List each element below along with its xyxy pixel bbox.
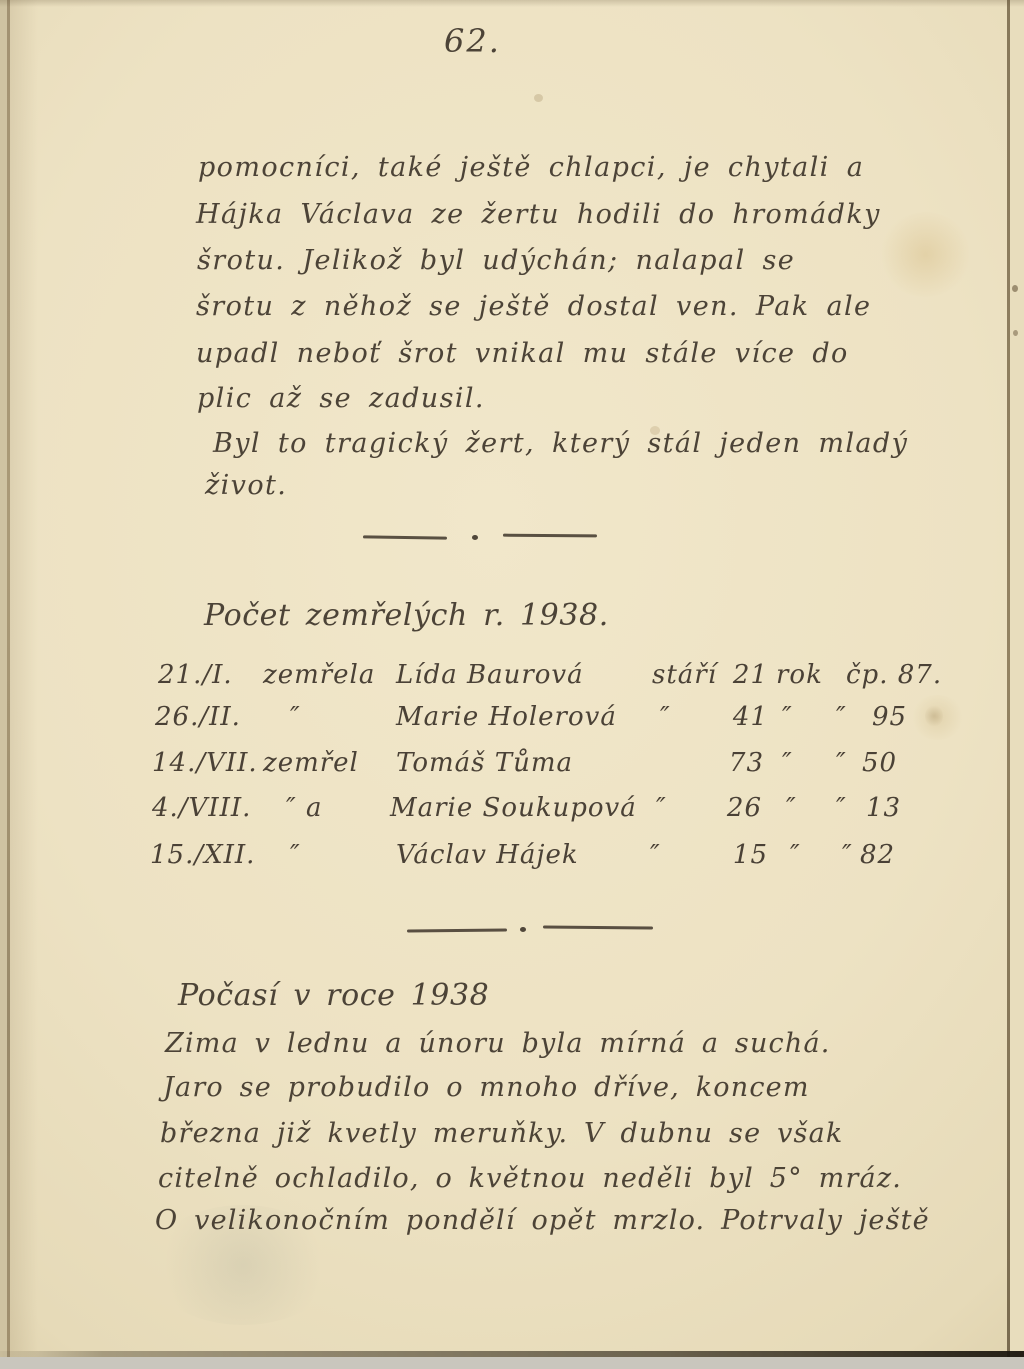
death-date: 21./I.: [158, 660, 233, 690]
paper-speck: [534, 94, 543, 102]
death-age: 15: [716, 840, 768, 870]
death-age-unit: ″: [782, 748, 793, 778]
death-name: Marie Soukupová: [390, 793, 637, 823]
death-ditto: ″: [836, 702, 847, 732]
death-age-unit: ″: [786, 793, 797, 823]
manuscript-line: Hájka Václava ze žertu hodili do hromádk…: [196, 199, 881, 230]
page-number: 62.: [444, 22, 501, 60]
divider-dash: [407, 928, 507, 932]
death-name: Václav Hájek: [396, 840, 579, 870]
paper-speck: [1012, 285, 1018, 292]
death-verb: ″ a: [286, 793, 322, 823]
death-age: 73: [712, 748, 764, 778]
death-age-label: ″: [656, 793, 667, 823]
death-verb: zemřela: [263, 660, 375, 690]
manuscript-line: šrotu. Jelikož byl udýchán; nalapal se: [197, 245, 795, 276]
death-house-number: 82: [860, 840, 895, 870]
death-date: 26./II.: [155, 702, 241, 732]
death-date: 4./VIII.: [152, 793, 251, 823]
page-bottom-edge: [0, 1357, 1024, 1369]
death-house-number: 13: [866, 793, 901, 823]
divider-dot: [520, 927, 526, 932]
death-age: 26: [710, 793, 762, 823]
death-ditto: ″: [842, 840, 853, 870]
death-house-number: 50: [862, 748, 897, 778]
manuscript-line: upadl neboť šrot vnikal mu stále více do: [196, 338, 849, 369]
manuscript-line: Zima v lednu a únoru byla mírná a suchá.: [165, 1028, 831, 1059]
death-house-number: 95: [872, 702, 907, 732]
death-house-number: čp. 87.: [846, 660, 942, 690]
paper-speck: [1013, 330, 1018, 336]
divider-dash: [503, 534, 597, 538]
manuscript-line: život.: [205, 470, 287, 501]
manuscript-line: plic až se zadusil.: [197, 383, 485, 414]
death-age-label: ″: [650, 840, 661, 870]
death-age-unit: ″: [790, 840, 801, 870]
manuscript-page: 62. pomocníci, také ještě chlapci, je ch…: [0, 0, 1024, 1369]
death-row: 15./XII. ″ Václav Hájek ″ 15 ″ ″ 82: [0, 840, 1024, 884]
manuscript-line: března již kvetly meruňky. V dubnu se vš…: [160, 1118, 843, 1149]
death-age-label: stáří: [652, 660, 717, 690]
death-age: 41: [716, 702, 768, 732]
death-date: 14./VII.: [152, 748, 258, 778]
death-ditto: ″: [836, 748, 847, 778]
death-age-unit: ″: [782, 702, 793, 732]
death-age-label: ″: [660, 702, 671, 732]
death-row: 4./VIII. ″ a Marie Soukupová ″ 26 ″ ″ 13: [0, 793, 1024, 837]
manuscript-line: O velikonočním pondělí opět mrzlo. Potrv…: [155, 1205, 930, 1236]
deaths-heading: Počet zemřelých r. 1938.: [204, 598, 609, 633]
manuscript-line: citelně ochladilo, o květnou neděli byl …: [158, 1163, 902, 1194]
divider-dash: [543, 926, 653, 930]
death-verb: ″: [290, 840, 301, 870]
death-row: 14./VII. zemřel Tomáš Tůma 73 ″ ″ 50: [0, 748, 1024, 792]
death-verb: ″: [290, 702, 301, 732]
manuscript-line: Jaro se probudilo o mnoho dříve, koncem: [163, 1072, 810, 1103]
death-ditto: ″: [836, 793, 847, 823]
manuscript-line: pomocníci, také ještě chlapci, je chytal…: [198, 152, 864, 183]
death-age: 21: [716, 660, 768, 690]
manuscript-line: šrotu z něhož se ještě dostal ven. Pak a…: [196, 291, 871, 322]
death-name: Tomáš Tůma: [396, 748, 573, 778]
page-top-shadow: [0, 0, 1024, 7]
paper-stain: [878, 212, 973, 297]
death-age-unit: rok: [776, 660, 823, 690]
divider-dash: [363, 535, 447, 539]
weather-heading: Počasí v roce 1938: [178, 978, 489, 1013]
death-verb: zemřel: [263, 748, 359, 778]
death-name: Lída Baurová: [396, 660, 584, 690]
death-row: 26./II. ″ Marie Holerová ″ 41 ″ ″ 95: [0, 702, 1024, 746]
death-row: 21./I. zemřela Lída Baurová stáří 21 rok…: [0, 660, 1024, 704]
divider-dot: [472, 535, 478, 540]
death-date: 15./XII.: [150, 840, 255, 870]
manuscript-line: Byl to tragický žert, který stál jeden m…: [213, 428, 908, 459]
death-name: Marie Holerová: [396, 702, 617, 732]
